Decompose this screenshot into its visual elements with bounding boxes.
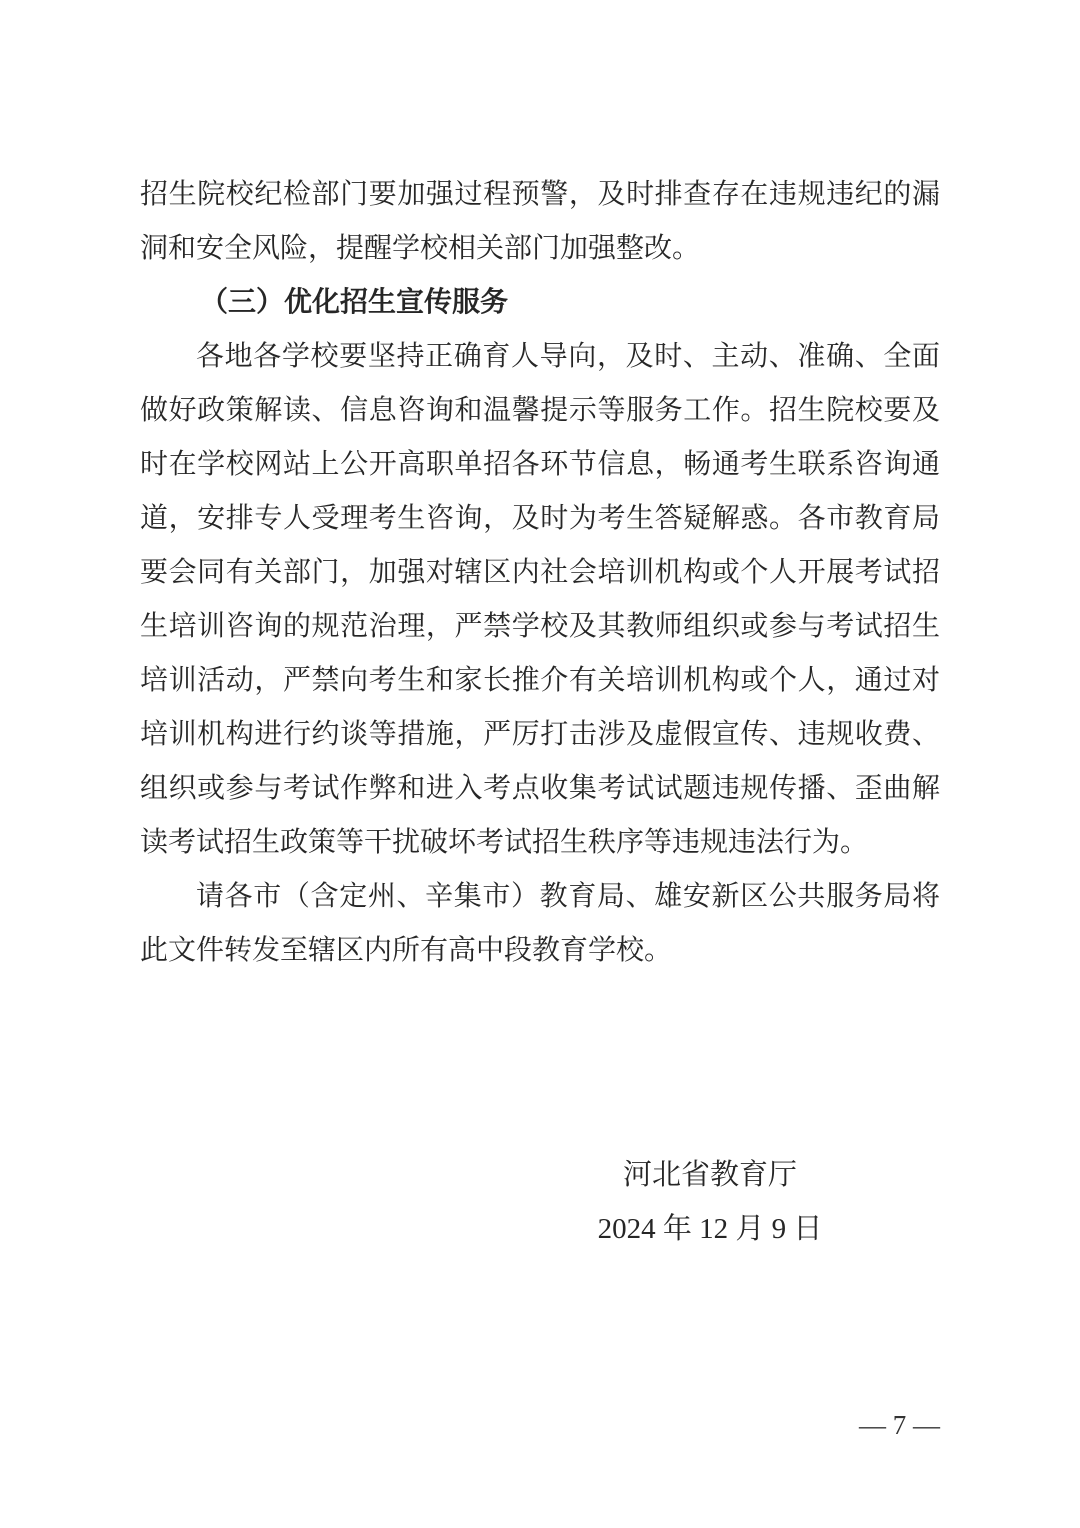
text-line: 组织或参与考试作弊和进入考点收集考试试题违规传播、歪曲解 — [140, 762, 940, 816]
text-line: 时在学校网站上公开高职单招各环节信息，畅通考生联系咨询通 — [140, 438, 940, 492]
text-line: 读考试招生政策等干扰破坏考试招生秩序等违规违法行为。 — [140, 816, 940, 870]
text-line: 洞和安全风险，提醒学校相关部门加强整改。 — [140, 222, 940, 276]
text-line: 做好政策解读、信息咨询和温馨提示等服务工作。招生院校要及 — [140, 384, 940, 438]
document-page: 招生院校纪检部门要加强过程预警，及时排查存在违规违纪的漏 洞和安全风险，提醒学校… — [0, 0, 1080, 1528]
body-text: 招生院校纪检部门要加强过程预警，及时排查存在违规违纪的漏 洞和安全风险，提醒学校… — [140, 168, 940, 978]
page-number: — 7 — — [140, 1398, 940, 1452]
signature-date: 2024 年 12 月 9 日 — [500, 1202, 920, 1256]
text-line: 此文件转发至辖区内所有高中段教育学校。 — [140, 924, 940, 978]
text-line: 请各市（含定州、辛集市）教育局、雄安新区公共服务局将 — [140, 870, 940, 924]
text-line: 培训活动，严禁向考生和家长推介有关培训机构或个人，通过对 — [140, 654, 940, 708]
text-line: 各地各学校要坚持正确育人导向，及时、主动、准确、全面 — [140, 330, 940, 384]
text-line: 招生院校纪检部门要加强过程预警，及时排查存在违规违纪的漏 — [140, 168, 940, 222]
signature-organization: 河北省教育厅 — [500, 1148, 920, 1202]
section-heading: （三）优化招生宣传服务 — [140, 276, 940, 330]
text-line: 培训机构进行约谈等措施，严厉打击涉及虚假宣传、违规收费、 — [140, 708, 940, 762]
text-line: 要会同有关部门，加强对辖区内社会培训机构或个人开展考试招 — [140, 546, 940, 600]
text-line: 生培训咨询的规范治理，严禁学校及其教师组织或参与考试招生 — [140, 600, 940, 654]
text-line: 道，安排专人受理考生咨询，及时为考生答疑解惑。各市教育局 — [140, 492, 940, 546]
signature-block: 河北省教育厅 2024 年 12 月 9 日 — [500, 1148, 920, 1256]
